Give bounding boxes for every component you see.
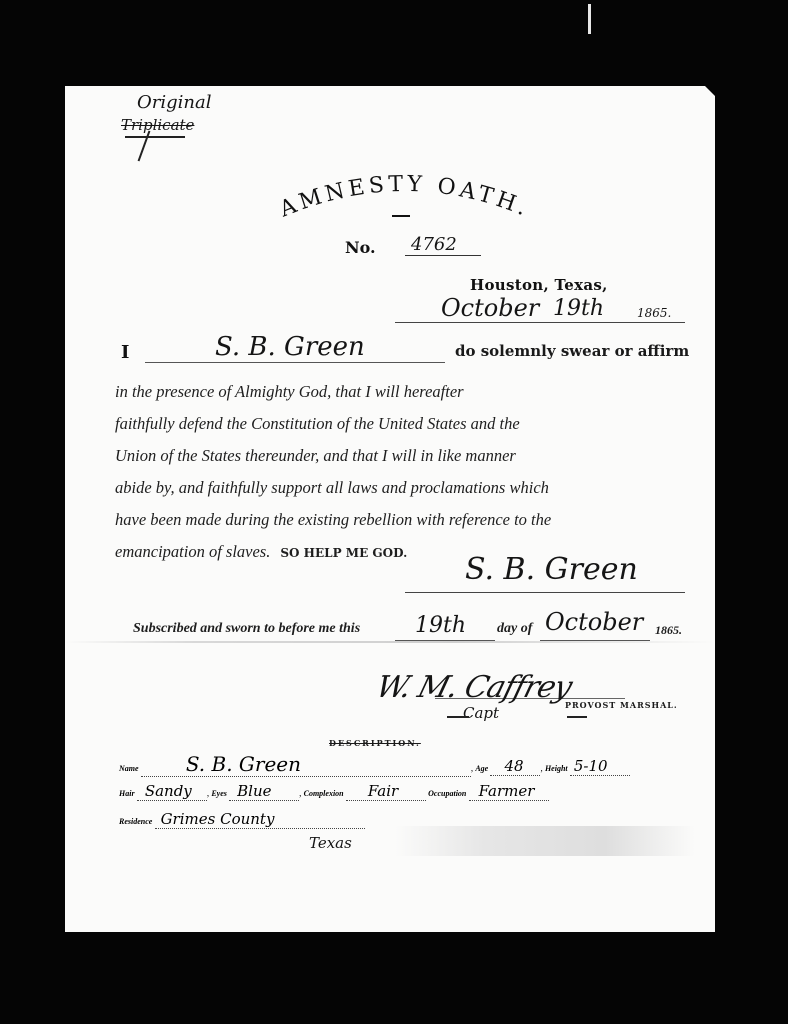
scan-artifact xyxy=(588,4,591,34)
height-label: Height xyxy=(545,764,568,773)
name-value: S. B. Green xyxy=(186,752,301,776)
oath-line: abide by, and faithfully support all law… xyxy=(115,472,695,504)
date-rule xyxy=(395,322,685,323)
provost-title: PROVOST MARSHAL. xyxy=(565,700,678,710)
hair-value: Sandy xyxy=(145,782,192,800)
height-field: 5-10 xyxy=(570,757,630,776)
arched-title: AMNESTY OATH. xyxy=(235,156,575,246)
ornament-dash xyxy=(447,716,469,718)
name-field: S. B. Green xyxy=(141,752,471,777)
ornament-dash xyxy=(567,716,587,718)
oath-number: 4762 xyxy=(405,234,481,256)
copy-marking-original: Original xyxy=(137,92,211,113)
eyes-field: Blue xyxy=(229,782,299,801)
oath-line: have been made during the existing rebel… xyxy=(115,504,695,536)
residence-value: Grimes County xyxy=(161,810,275,828)
oath-taker-name: S. B. Green xyxy=(215,332,365,362)
hair-label: Hair xyxy=(119,789,135,798)
oath-line: in the presence of Almighty God, that I … xyxy=(115,376,695,408)
oath-closing: SO HELP ME GOD. xyxy=(280,546,407,560)
age-value: 48 xyxy=(504,757,523,775)
signature-rule xyxy=(405,592,685,593)
fold-crease xyxy=(65,641,715,643)
oath-line: Union of the States thereunder, and that… xyxy=(115,440,695,472)
attestation-day-of: day of xyxy=(497,621,532,637)
attestation-month-rule xyxy=(540,640,650,641)
description-row-features: Hair Sandy, Eyes Blue, Complexion Fair O… xyxy=(119,782,549,801)
oath-line: emancipation of slaves. xyxy=(115,542,270,561)
oath-text: in the presence of Almighty God, that I … xyxy=(115,376,695,569)
residence-state: Texas xyxy=(309,834,352,852)
oath-signature: S. B. Green xyxy=(465,552,638,587)
attestation-day: 19th xyxy=(415,613,466,638)
attestation-prefix: Subscribed and sworn to before me this xyxy=(133,621,360,637)
hair-field: Sandy xyxy=(137,782,207,801)
description-heading: DESCRIPTION. xyxy=(329,738,421,748)
complexion-label: Complexion xyxy=(304,789,344,798)
title-ornament xyxy=(392,215,410,217)
date-day: 19th xyxy=(553,296,604,321)
date-year: 1865. xyxy=(637,306,671,320)
oath-opening: do solemnly swear or affirm xyxy=(455,342,689,360)
attestation-year: 1865. xyxy=(655,623,682,638)
name-rule xyxy=(145,362,445,363)
place: Houston, Texas, xyxy=(470,276,608,294)
occupation-field: Farmer xyxy=(469,782,549,801)
residence-label: Residence xyxy=(119,817,152,826)
document-title: AMNESTY OATH. xyxy=(235,156,575,246)
height-value: 5-10 xyxy=(574,757,608,775)
age-label: Age xyxy=(475,764,488,773)
residence-field: Grimes County xyxy=(155,810,365,829)
description-row-residence: Residence Grimes County xyxy=(119,810,365,829)
description-row-name: Name S. B. Green, Age 48, Height 5-10 xyxy=(119,752,630,777)
document-page: Original Triplicate AMNESTY OATH. No. 47… xyxy=(65,86,715,932)
eyes-label: Eyes xyxy=(211,789,227,798)
number-label: No. xyxy=(345,238,376,257)
paper-smudge xyxy=(395,826,695,856)
oath-pronoun: I xyxy=(121,342,129,363)
copy-marking-struck: Triplicate xyxy=(121,116,194,134)
attestation-month: October xyxy=(545,608,643,636)
provost-signature: W. M. Caffrey xyxy=(372,670,575,705)
attestation-day-rule xyxy=(395,640,495,641)
date-month: October xyxy=(441,294,539,322)
complexion-field: Fair xyxy=(346,782,426,801)
age-field: 48 xyxy=(490,757,540,776)
complexion-value: Fair xyxy=(368,782,398,800)
provost-rank: Capt xyxy=(463,704,499,722)
strike-mark xyxy=(125,136,185,138)
name-label: Name xyxy=(119,764,139,773)
folded-corner xyxy=(703,84,717,98)
eyes-value: Blue xyxy=(237,782,271,800)
oath-line: faithfully defend the Constitution of th… xyxy=(115,408,695,440)
occupation-label: Occupation xyxy=(428,789,466,798)
occupation-value: Farmer xyxy=(479,782,535,800)
